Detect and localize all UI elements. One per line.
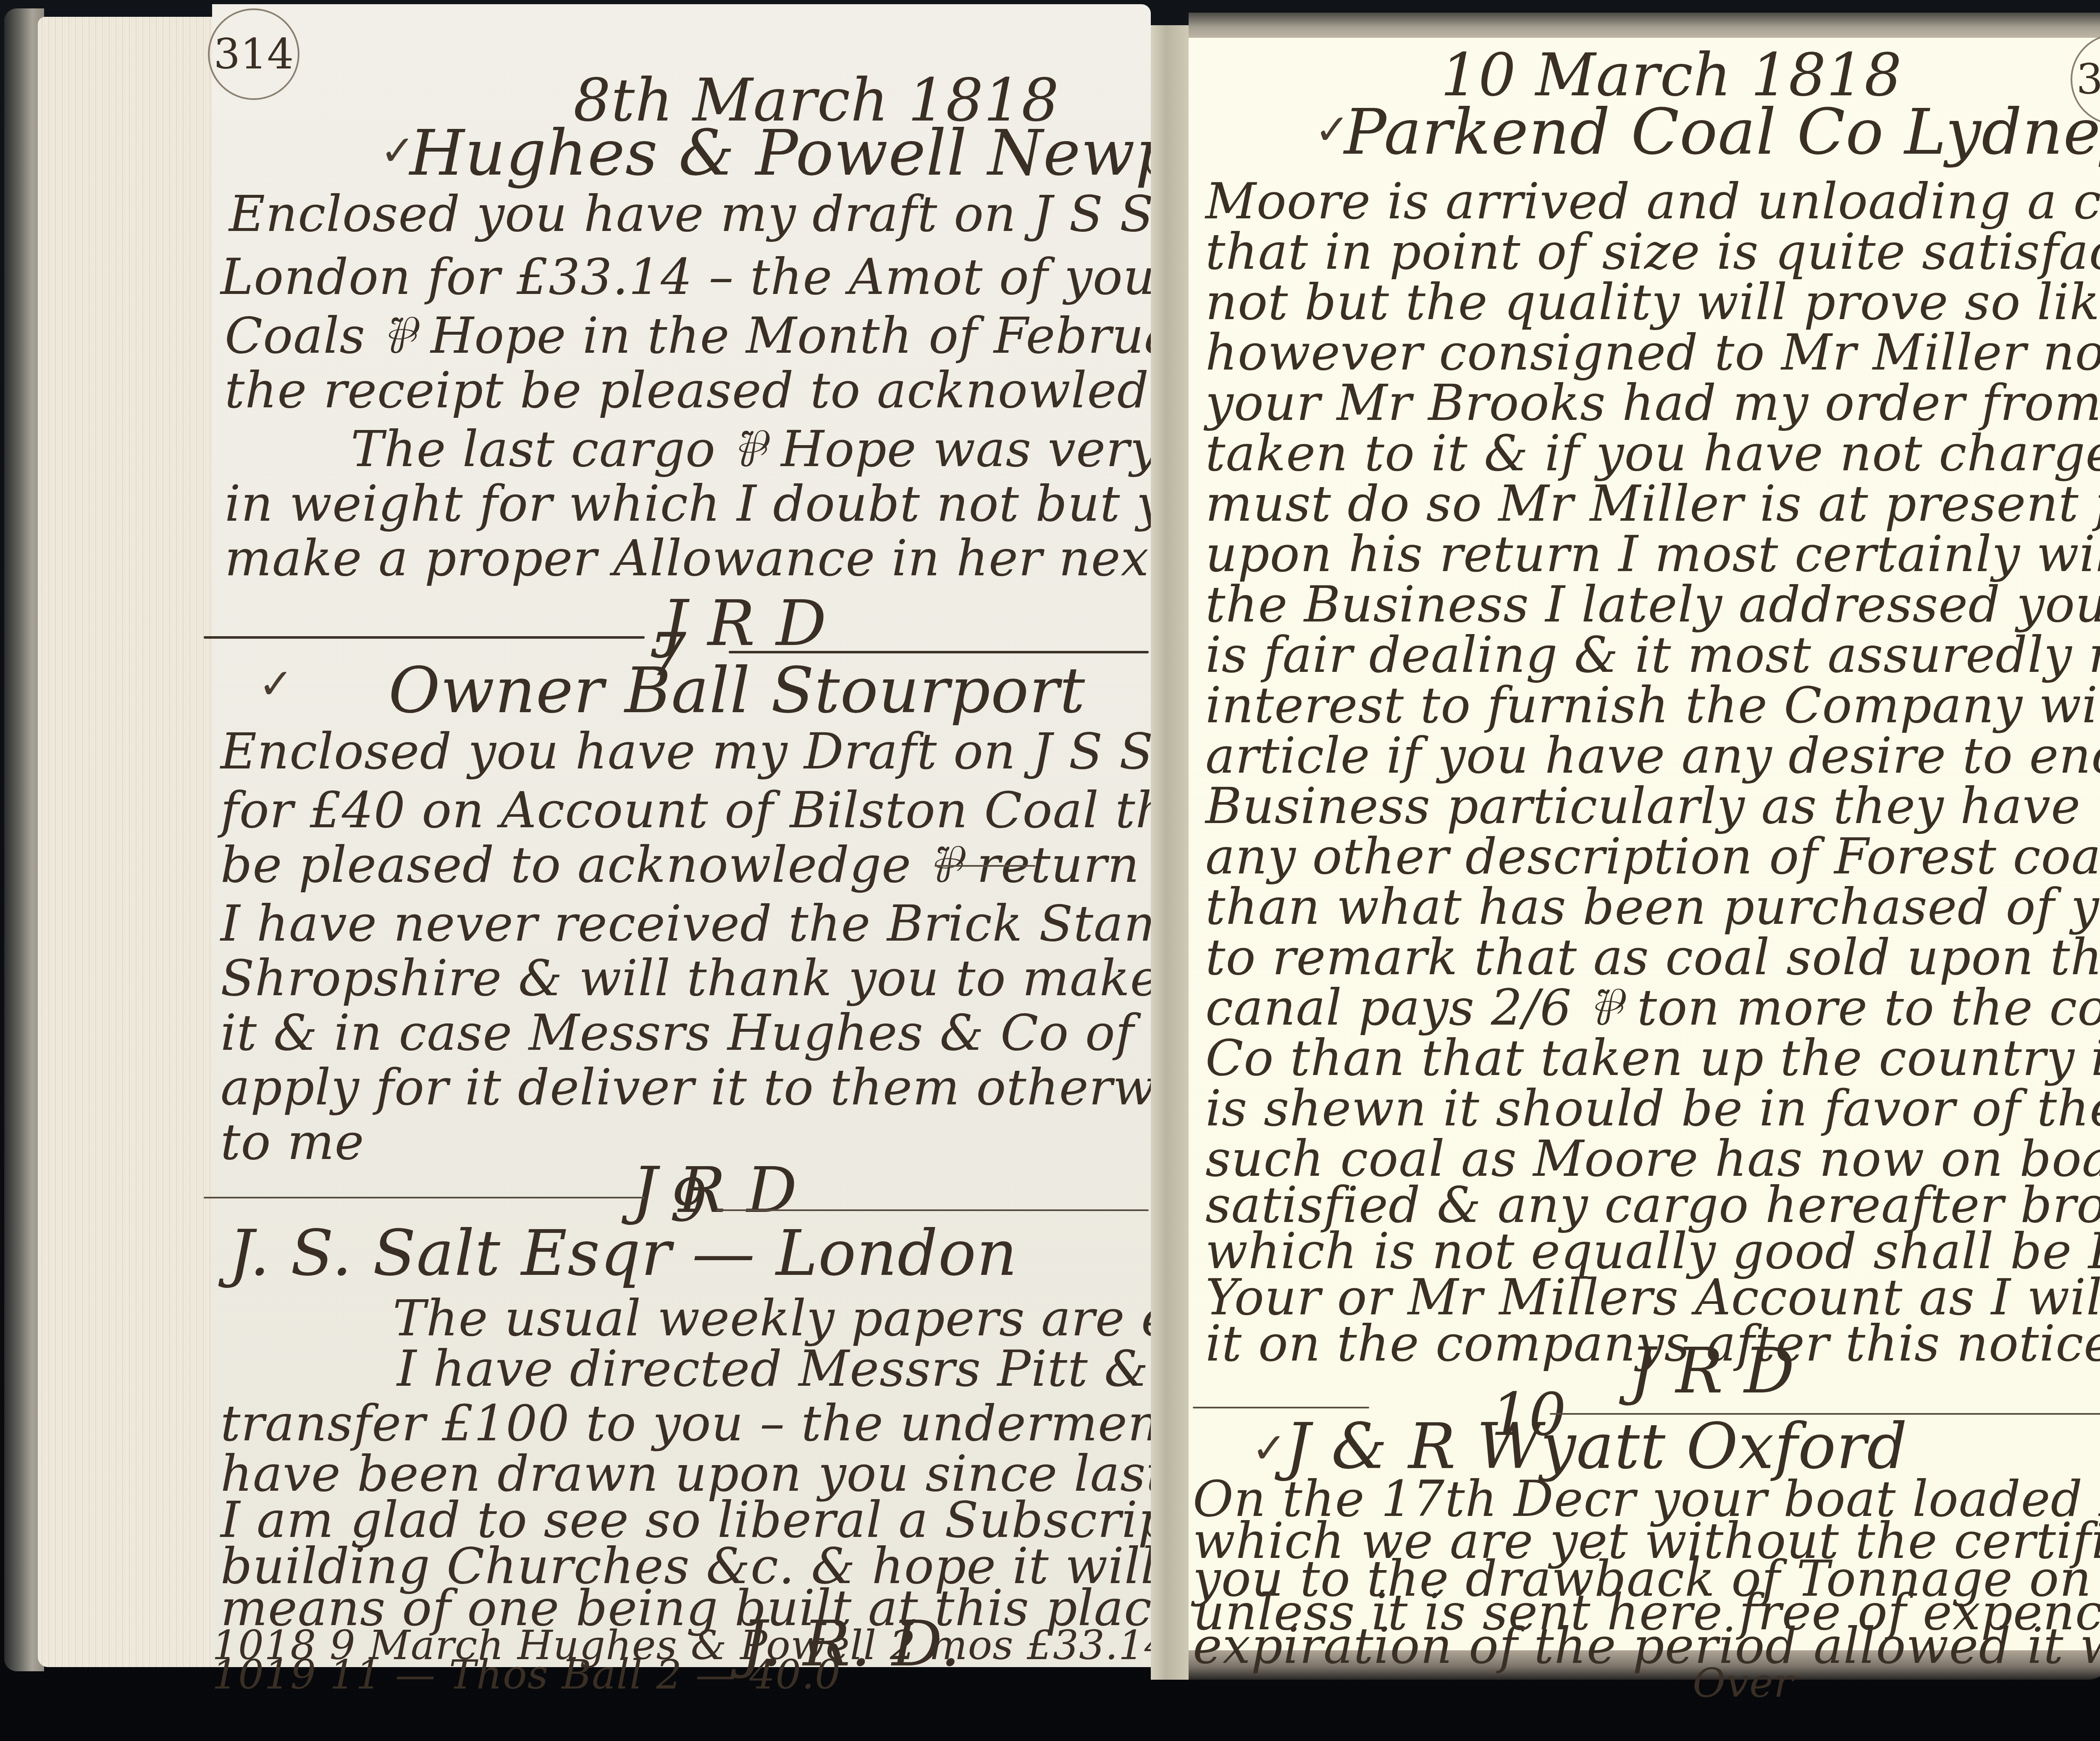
entry-divider <box>716 1209 1149 1211</box>
book-gutter <box>1151 25 1189 1680</box>
entry-recipient: J. S. Salt Esqr — London <box>229 1222 1018 1285</box>
body-line: Enclosed you have my draft on J S Salt <box>229 189 1221 239</box>
bill-amount: £33.14 <box>1027 1622 1171 1669</box>
signature: J R D <box>632 1159 798 1222</box>
body-line: to me <box>220 1117 365 1167</box>
page-stack-edges <box>38 17 214 1667</box>
body-line: Co than that taken up the country if any… <box>1205 1033 2100 1083</box>
entry-recipient: Owner Ball Stourport <box>388 659 1085 722</box>
entry-divider <box>204 1197 645 1198</box>
line-filler <box>934 865 1035 867</box>
entry-recipient: Hughes & Powell Newport <box>409 122 1270 185</box>
bill-number: 1019 <box>212 1651 316 1698</box>
body-line: that in point of size is quite satisfact… <box>1205 227 2100 276</box>
entry-divider <box>1193 1407 1369 1408</box>
body-line: than what has been purchased of you I al… <box>1205 882 2100 931</box>
entry-recipient: Parkend Coal Co Lydney <box>1344 101 2100 164</box>
body-line: is fair dealing & it most assuredly must… <box>1205 630 2100 679</box>
body-line: Business particularly as they have not o… <box>1205 781 2100 831</box>
body-line: Coals ⅌ Hope in the Month of February <box>225 311 1227 360</box>
body-line: is shewn it should be in favor of the fo… <box>1205 1083 2100 1133</box>
catchword: Over <box>1693 1663 1793 1703</box>
right-page: 315 10 March 1818 ✓ Parkend Coal Co Lydn… <box>1189 38 2100 1650</box>
bill-term: 2 — <box>656 1651 736 1698</box>
left-page: 314 8th March 1818 ✓ Hughes & Powell New… <box>212 4 1151 1667</box>
body-line: canal pays 2/6 ⅌ ton more to the collier… <box>1205 983 2100 1032</box>
body-line: however consigned to Mr Miller notwithst… <box>1205 328 2100 377</box>
body-line: must do so Mr Miller is at present from … <box>1205 479 2100 528</box>
body-line: Moore is arrived and unloading a cargo o… <box>1205 176 2100 226</box>
body-line: the Business I lately addressed you upon… <box>1205 579 2100 629</box>
entry-recipient: J & R Wyatt Oxford <box>1285 1415 1908 1478</box>
entry-divider <box>729 651 1149 653</box>
body-line: to remark that as coal sold upon the lin… <box>1205 932 2100 982</box>
bill-payee: Thos Ball <box>449 1651 643 1698</box>
body-line: upon his return I most certainly will in… <box>1205 529 2100 579</box>
body-line: not but the quality will prove so likewi… <box>1205 277 2100 327</box>
folio-number-left: 314 <box>208 8 299 100</box>
checkmark-icon: ✓ <box>258 659 294 708</box>
signature: J. R. D. <box>741 1613 961 1675</box>
checkmark-icon: ✓ <box>1252 1424 1287 1473</box>
entry-divider <box>204 636 645 639</box>
body-line: article if you have any desire to encrea… <box>1205 731 2100 780</box>
signature: J R D <box>1630 1340 1795 1403</box>
body-line: any other description of Forest coal for… <box>1205 831 2100 881</box>
body-line: your Mr Brooks had my order from Moore I… <box>1205 378 2100 427</box>
body-line: taken to it & if you have not charged it… <box>1205 428 2100 478</box>
body-line: expiration of the period allowed it will… <box>1193 1621 2100 1670</box>
bill-date: 11 — <box>330 1651 436 1698</box>
body-line: interest to furnish the Company with a s… <box>1205 680 2100 730</box>
